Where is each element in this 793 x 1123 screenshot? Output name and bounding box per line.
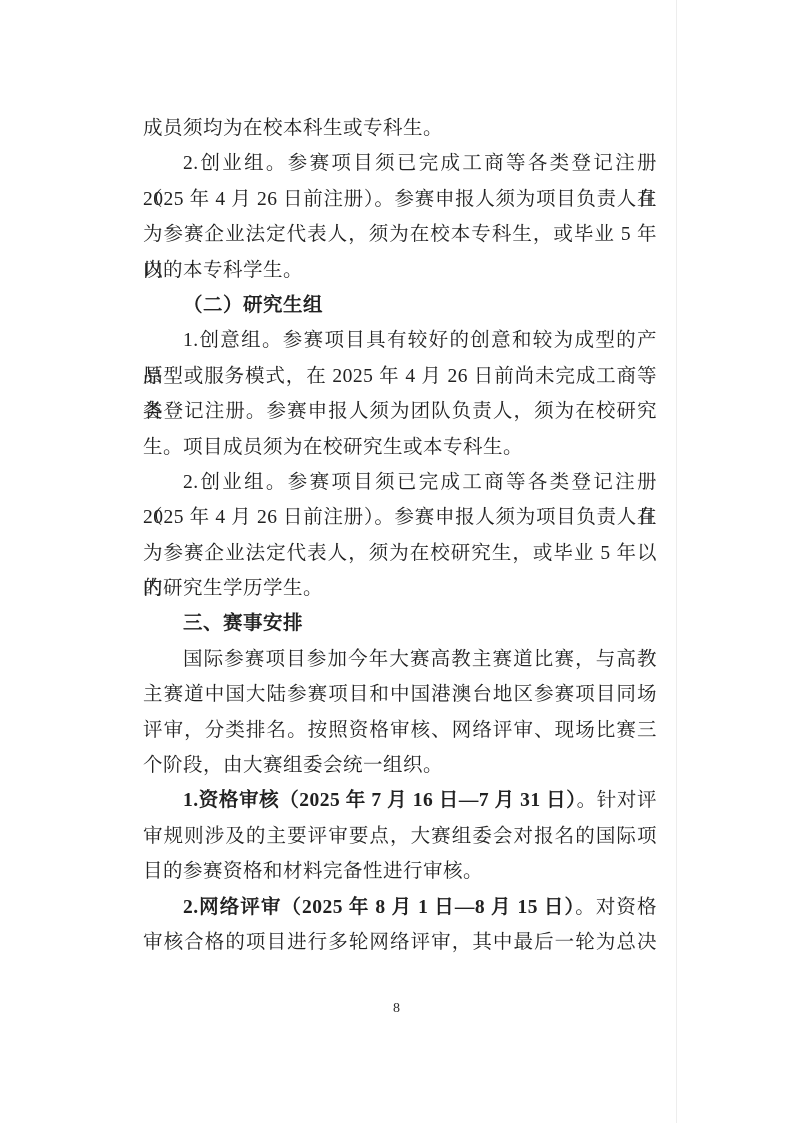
text-line: 评审，分类排名。按照资格审核、网络评审、现场比赛三 (143, 713, 657, 748)
text-line: 三、赛事安排 (143, 606, 657, 641)
page-number: 8 (0, 1001, 793, 1017)
document-page: 成员须均为在校本科生或专科生。2.创业组。参赛项目须已完成工商等各类登记注册（在… (0, 0, 793, 1123)
text-line: 目的参赛资格和材料完备性进行审核。 (143, 854, 657, 889)
text-line: 审核合格的项目进行多轮网络评审，其中最后一轮为总决 (143, 925, 657, 960)
text-line: 个阶段，由大赛组委会统一组织。 (143, 748, 657, 783)
text-line: 成员须均为在校本科生或专科生。 (143, 111, 657, 146)
text-line: 1.资格审核（2025 年 7 月 16 日—7 月 31 日）。针对评 (143, 783, 657, 818)
text-line: 为参赛企业法定代表人，须为在校研究生，或毕业 5 年以内 (143, 536, 657, 571)
document-body: 成员须均为在校本科生或专科生。2.创业组。参赛项目须已完成工商等各类登记注册（在… (143, 111, 657, 960)
text-line: 类登记注册。参赛申报人须为团队负责人，须为在校研究 (143, 394, 657, 429)
text-line: 内的本专科学生。 (143, 253, 657, 288)
text-line: 2.创业组。参赛项目须已完成工商等各类登记注册（在 (143, 146, 657, 181)
text-line: 生。项目成员须为在校研究生或本专科生。 (143, 430, 657, 465)
bold-lead-text: 2.网络评审（2025 年 8 月 1 日—8 月 15 日） (183, 897, 575, 918)
text-line: （二）研究生组 (143, 288, 657, 323)
text-line: 2025 年 4 月 26 日前注册）。参赛申报人须为项目负责人且 (143, 500, 657, 535)
text-line: 2.网络评审（2025 年 8 月 1 日—8 月 15 日）。对资格 (143, 890, 657, 925)
text-line: 国际参赛项目参加今年大赛高教主赛道比赛，与高教 (143, 642, 657, 677)
scan-artifact-line (676, 0, 677, 1123)
text-line: 原型或服务模式，在 2025 年 4 月 26 日前尚未完成工商等各 (143, 359, 657, 394)
text-line: 1.创意组。参赛项目具有较好的创意和较为成型的产品 (143, 323, 657, 358)
text-line: 为参赛企业法定代表人，须为在校本专科生，或毕业 5 年以 (143, 217, 657, 252)
text-line: 的研究生学历学生。 (143, 571, 657, 606)
text-line: 2.创业组。参赛项目须已完成工商等各类登记注册（在 (143, 465, 657, 500)
bold-lead-text: 1.资格审核（2025 年 7 月 16 日—7 月 31 日） (183, 790, 577, 811)
text-line: 主赛道中国大陆参赛项目和中国港澳台地区参赛项目同场 (143, 677, 657, 712)
text-line: 审规则涉及的主要评审要点，大赛组委会对报名的国际项 (143, 819, 657, 854)
text-line: 2025 年 4 月 26 日前注册）。参赛申报人须为项目负责人且 (143, 182, 657, 217)
